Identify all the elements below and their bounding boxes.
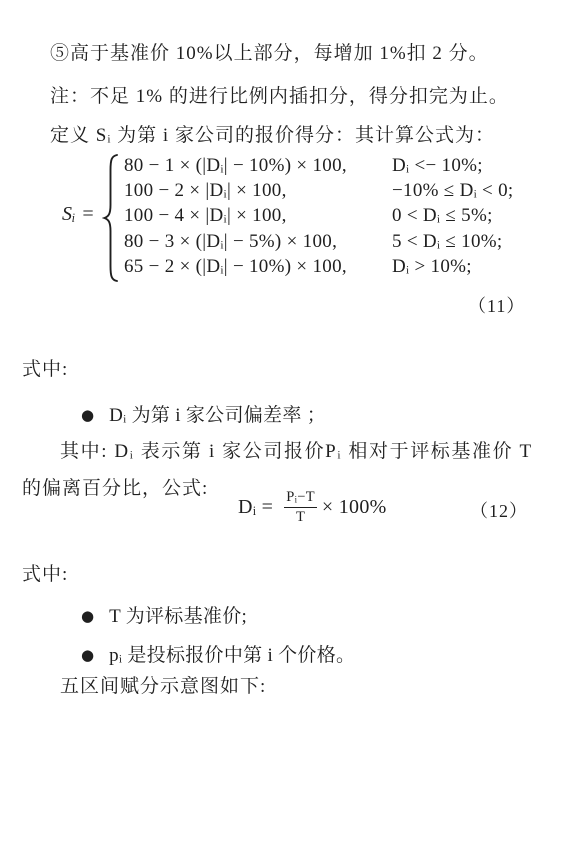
- case-expression: 80 − 1 × (|Dᵢ| − 10%) × 100,: [124, 155, 392, 177]
- case-expression: 100 − 4 × |Dᵢ| × 100,: [124, 205, 392, 227]
- case-condition: 5 < Dᵢ ≤ 10%;: [392, 231, 502, 253]
- bullet-icon: ●: [81, 646, 95, 664]
- case-row-2: 100 − 2 × |Dᵢ| × 100, −10% ≤ Dᵢ < 0;: [124, 178, 514, 203]
- formula-11-cases: Sᵢ = 80 − 1 × (|Dᵢ| − 10%) × 100, Dᵢ <− …: [0, 153, 564, 283]
- document-page: ⑤高于基准价 10%以上部分，每增加 1%扣 2 分。 注：不足 1% 的进行比…: [0, 0, 564, 856]
- case-row-1: 80 − 1 × (|Dᵢ| − 10%) × 100, Dᵢ <− 10%;: [124, 153, 514, 178]
- case-condition: Dᵢ <− 10%;: [392, 155, 483, 177]
- paragraph-item5: ⑤高于基准价 10%以上部分，每增加 1%扣 2 分。: [50, 42, 489, 66]
- case-row-3: 100 − 4 × |Dᵢ| × 100, 0 < Dᵢ ≤ 5%;: [124, 204, 514, 229]
- case-row-5: 65 − 2 × (|Dᵢ| − 10%) × 100, Dᵢ > 10%;: [124, 255, 514, 280]
- equation-number-12: （12）: [470, 497, 528, 523]
- case-condition: −10% ≤ Dᵢ < 0;: [392, 180, 514, 202]
- formula-12-tail: × 100%: [322, 496, 387, 519]
- formula-11-lhs: Sᵢ =: [62, 203, 95, 226]
- formula-12-lhs: Dᵢ =: [238, 496, 273, 519]
- bullet-item-di-text: Dᵢ 为第 i 家公司偏差率 ；: [109, 405, 326, 426]
- fraction-numerator: Pᵢ−T: [284, 489, 317, 508]
- paragraph-continuation: 的偏离百分比，公式:: [22, 477, 208, 501]
- bullet-item-pi-text: pᵢ 是投标报价中第 i 个价格。: [109, 645, 355, 666]
- case-condition: Dᵢ > 10%;: [392, 256, 472, 278]
- paragraph-note: 注：不足 1% 的进行比例内插扣分，得分扣完为止。: [50, 85, 509, 109]
- paragraph-among: 其中: Dᵢ 表示第 i 家公司报价Pᵢ 相对于评标基准价 T: [60, 440, 533, 464]
- case-expression: 100 − 2 × |Dᵢ| × 100,: [124, 180, 392, 202]
- bullet-item-di: ●Dᵢ 为第 i 家公司偏差率 ；: [58, 378, 326, 449]
- cases-list: 80 − 1 × (|Dᵢ| − 10%) × 100, Dᵢ <− 10%; …: [124, 153, 514, 280]
- bullet-icon: ●: [81, 406, 95, 424]
- paragraph-define-si: 定义 Sᵢ 为第 i 家公司的报价得分：其计算公式为：: [50, 124, 495, 148]
- case-expression: 80 − 3 × (|Dᵢ| − 5%) × 100,: [124, 231, 392, 253]
- case-expression: 65 − 2 × (|Dᵢ| − 10%) × 100,: [124, 256, 392, 278]
- curly-brace-icon: [102, 153, 119, 283]
- case-row-4: 80 − 3 × (|Dᵢ| − 5%) × 100, 5 < Dᵢ ≤ 10%…: [124, 229, 514, 254]
- formula-12: Dᵢ = Pᵢ−T T × 100%: [238, 489, 387, 525]
- fraction-denominator: T: [296, 508, 305, 526]
- case-condition: 0 < Dᵢ ≤ 5%;: [392, 205, 493, 227]
- equation-number-11: （11）: [468, 292, 525, 318]
- fraction: Pᵢ−T T: [284, 489, 317, 525]
- paragraph-final: 五区间赋分示意图如下:: [60, 675, 266, 699]
